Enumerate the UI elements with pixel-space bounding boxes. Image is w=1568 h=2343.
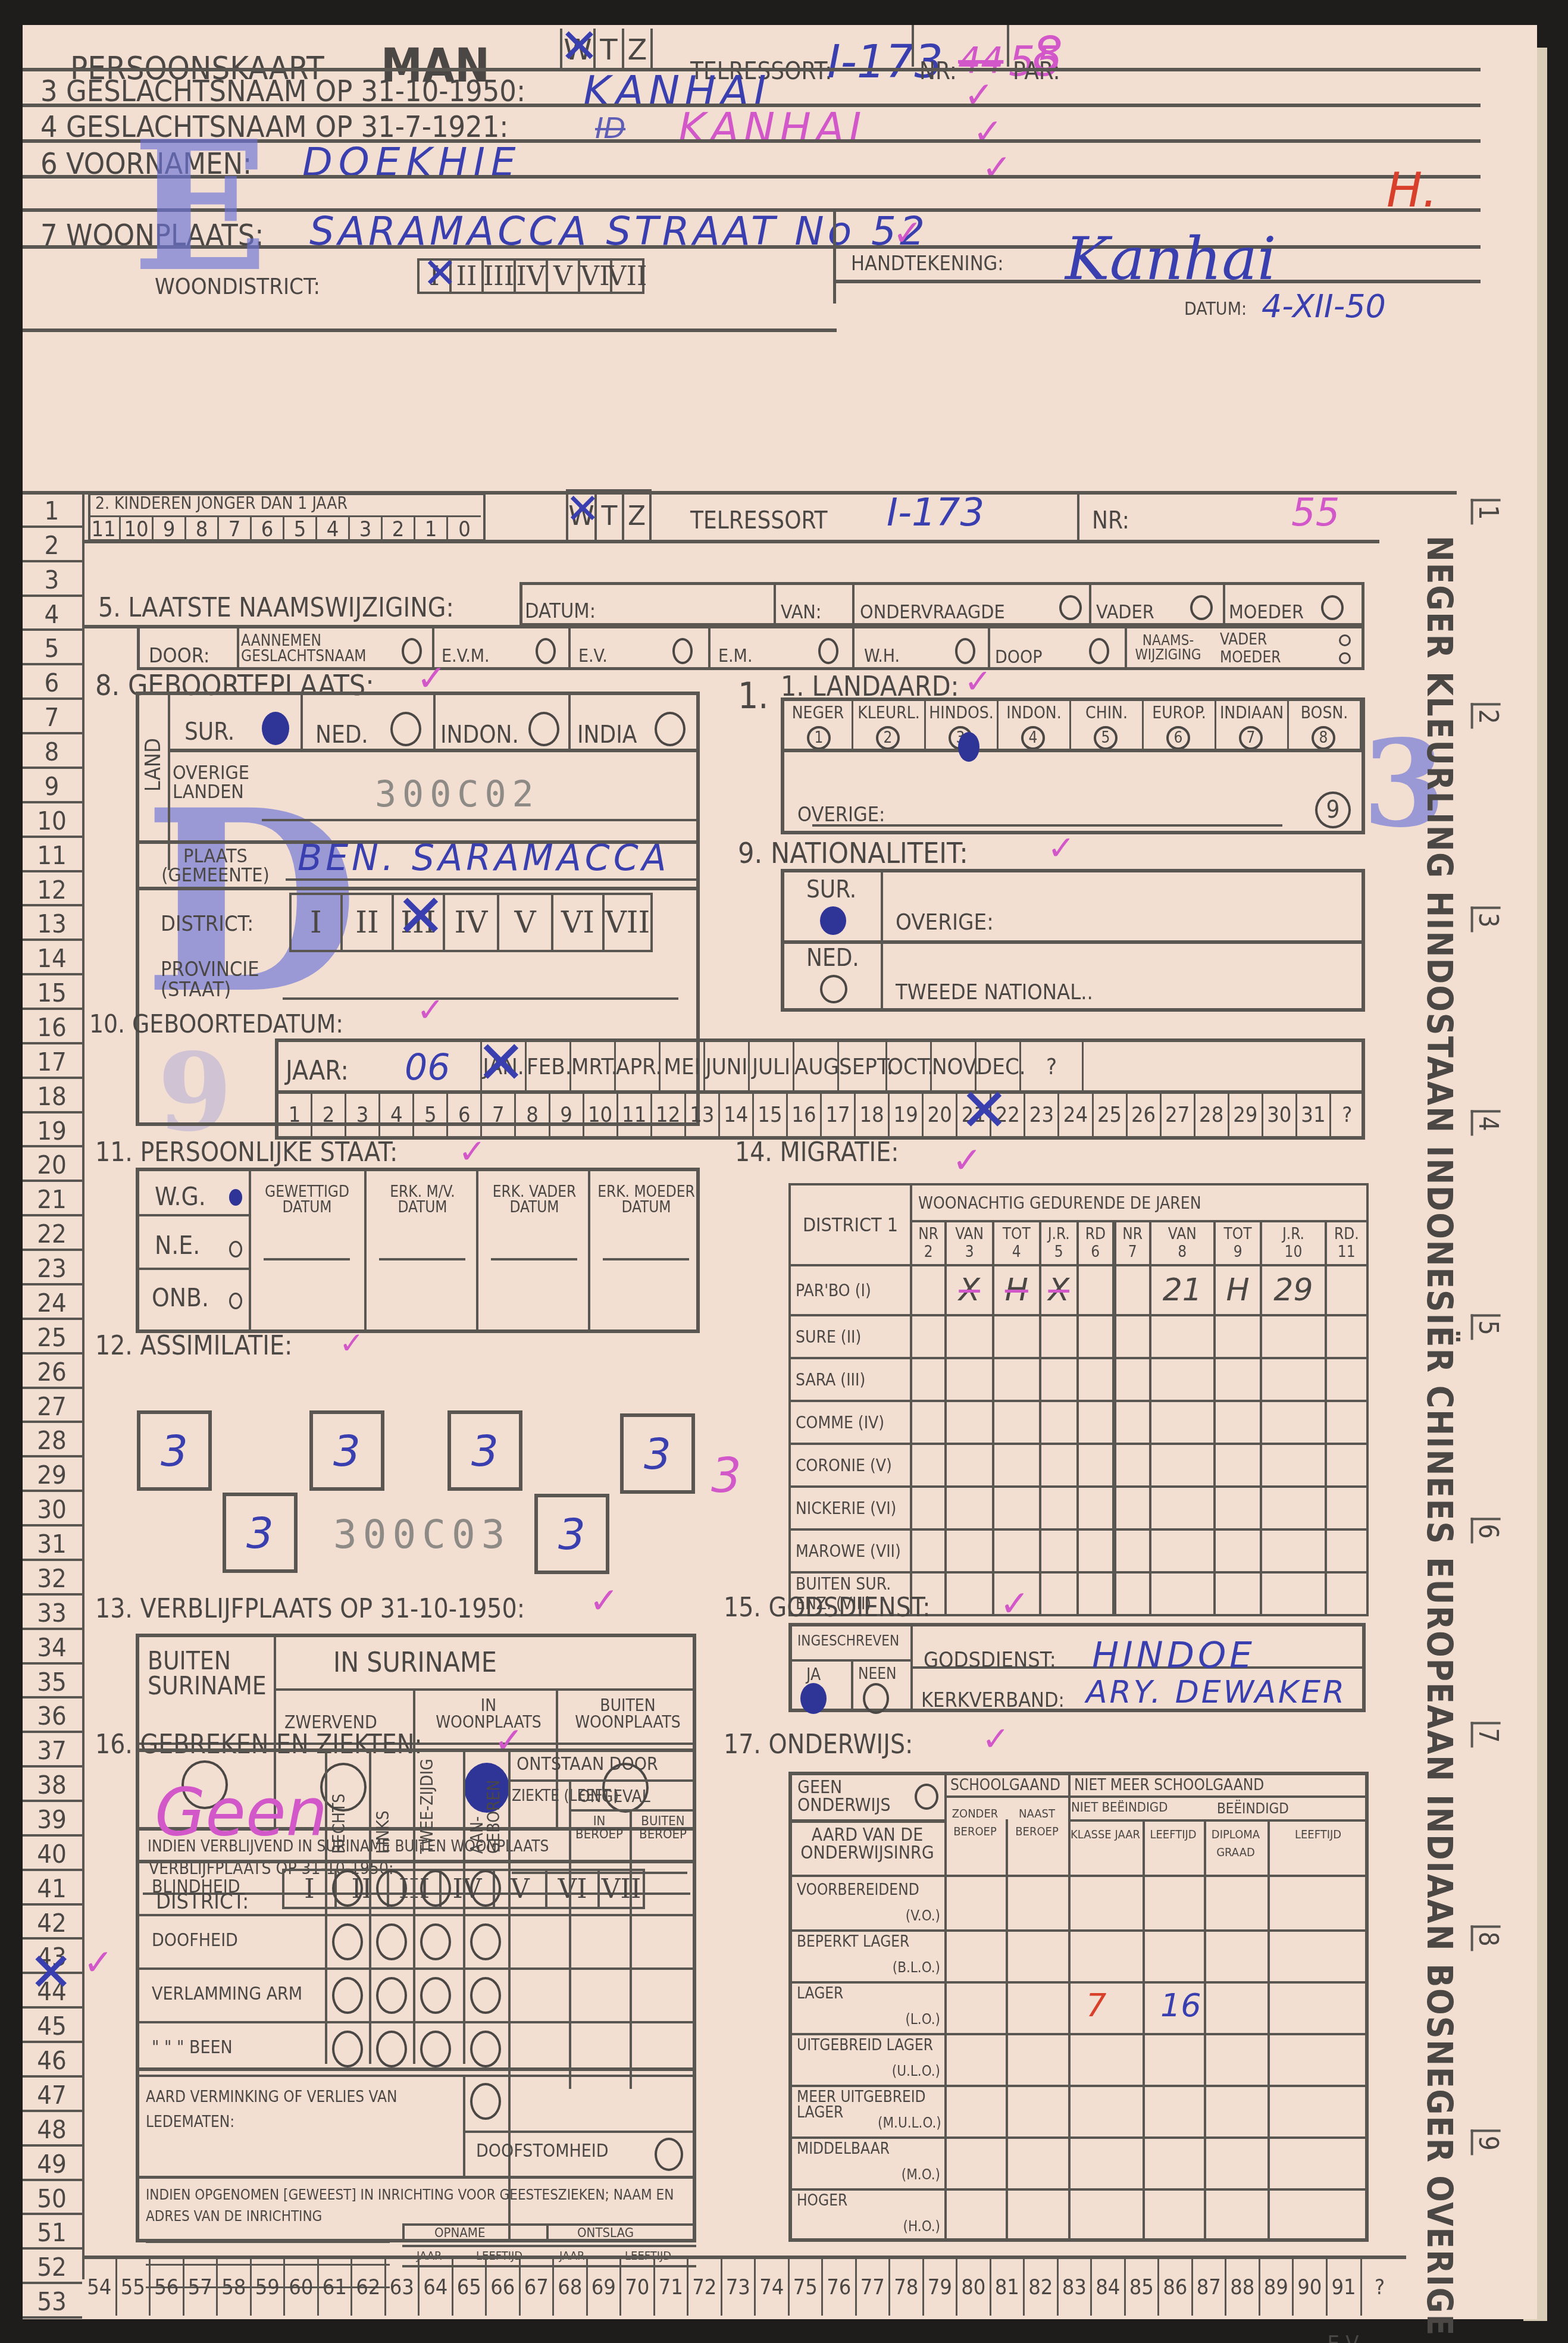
side-index-tab[interactable]: 1 — [1471, 499, 1501, 524]
section2-rule — [82, 540, 1379, 543]
month-option[interactable]: MRT. — [571, 1042, 616, 1091]
door-evm-radio[interactable] — [536, 638, 556, 664]
naams-vader[interactable]: VADER — [1220, 632, 1267, 647]
assimilatie-box-3[interactable]: 3 — [447, 1410, 522, 1491]
migratie-cell[interactable] — [1150, 1487, 1215, 1529]
land-vertical-label: LAND — [143, 738, 164, 792]
ps-col-date-line[interactable] — [491, 1258, 577, 1260]
day-option[interactable]: 8 — [516, 1094, 550, 1137]
migratie-cell[interactable] — [1326, 1358, 1368, 1401]
bottom-number-cell[interactable]: 69 — [588, 2259, 622, 2316]
migratie-cell[interactable] — [1150, 1529, 1215, 1572]
assimilatie-box-6[interactable]: 3 — [534, 1494, 609, 1574]
land-sur[interactable]: SUR. — [184, 720, 234, 744]
migratie-cell[interactable] — [1114, 1572, 1150, 1615]
bottom-number-cell[interactable]: 88 — [1226, 2259, 1260, 2316]
bottom-number-cell[interactable]: 87 — [1193, 2259, 1227, 2316]
migratie-cell[interactable] — [1150, 1401, 1215, 1444]
wtz-z[interactable]: Z — [622, 29, 653, 71]
migratie-cell[interactable] — [993, 1401, 1040, 1444]
ps-col-label: ERK. VADER DATUM — [481, 1184, 588, 1215]
gebreken-row-rule — [136, 2075, 696, 2077]
gebreken-handwritten: Geen — [155, 1779, 327, 1845]
bottom-number-cell[interactable]: 65 — [453, 2259, 487, 2316]
landaard-option-radio[interactable]: 2 — [876, 726, 900, 750]
van-option-moeder[interactable]: MOEDER — [1229, 602, 1304, 621]
day-option[interactable]: 7 — [482, 1094, 516, 1137]
migratie-cell[interactable] — [1261, 1444, 1325, 1487]
migratie-cell[interactable] — [1326, 1265, 1368, 1315]
birth-district-II[interactable]: II — [340, 893, 394, 952]
gebreken-radio[interactable] — [470, 1923, 501, 1960]
landaard-9-radio[interactable]: 9 — [1315, 792, 1351, 828]
bottom-number-cell[interactable]: 61 — [319, 2259, 353, 2316]
aard-label: AARD VAN DE ONDERWIJSINRG — [794, 1826, 940, 1862]
land-indon-radio[interactable] — [528, 712, 559, 746]
side-index-tab[interactable]: 9 — [1471, 2129, 1501, 2155]
migratie-cell[interactable] — [993, 1358, 1040, 1401]
bottom-number-cell[interactable]: 85 — [1126, 2259, 1160, 2316]
month-option[interactable]: JULI — [750, 1042, 794, 1091]
land-ned-radio[interactable] — [390, 712, 421, 746]
landaard-option-indon[interactable]: INDON.4 — [999, 701, 1071, 749]
migratie-cell[interactable] — [1078, 1315, 1114, 1358]
migratie-cell[interactable] — [1114, 1315, 1150, 1358]
migratie-cell[interactable] — [911, 1315, 946, 1358]
migratie-cell[interactable] — [1114, 1529, 1150, 1572]
migratie-cell[interactable] — [1150, 1315, 1215, 1358]
landaard-option-radio[interactable]: 5 — [1094, 726, 1118, 750]
migratie-cell[interactable] — [1326, 1315, 1368, 1358]
side-index-tab[interactable]: 3 — [1471, 906, 1501, 932]
landaard-option-radio[interactable]: 7 — [1239, 726, 1263, 750]
migratie-cell[interactable] — [1040, 1487, 1078, 1529]
door-ev-radio[interactable] — [672, 638, 693, 664]
month-option[interactable]: MEI — [661, 1042, 705, 1091]
bottom-number-cell[interactable]: 82 — [1025, 2259, 1059, 2316]
migratie-cell[interactable] — [1078, 1358, 1114, 1401]
kinderen-cell[interactable]: 1 — [415, 517, 448, 542]
door-em-radio[interactable] — [818, 638, 838, 664]
status-onb[interactable]: ONB. — [152, 1285, 209, 1310]
side-index-tab[interactable]: 6 — [1471, 1518, 1501, 1543]
day-option[interactable]: 9 — [550, 1094, 584, 1137]
bottom-number-cell[interactable]: 79 — [924, 2259, 958, 2316]
bottom-number-cell[interactable]: 56 — [151, 2259, 184, 2316]
bottom-number-cell[interactable]: ? — [1362, 2259, 1398, 2316]
bottom-number-cell[interactable]: 86 — [1159, 2259, 1193, 2316]
day-option[interactable]: 14 — [720, 1094, 754, 1137]
gebreken-radio[interactable] — [420, 2031, 451, 2067]
van-option-ondervraagde[interactable]: ONDERVRAAGDE — [860, 602, 1005, 621]
gebreken-radio[interactable] — [470, 1870, 501, 1907]
bottom-number-cell[interactable]: 58 — [218, 2259, 252, 2316]
ja-selected[interactable] — [800, 1683, 827, 1714]
landaard-option-neger[interactable]: NEGER1 — [784, 701, 853, 749]
status-wg-selected[interactable] — [229, 1189, 242, 1206]
migratie-cell[interactable]: 21 — [1150, 1265, 1215, 1315]
side-index-tab[interactable]: 2 — [1471, 703, 1501, 728]
side-index-tab[interactable]: 7 — [1471, 1722, 1501, 1747]
kinderen-cell[interactable]: 0 — [448, 517, 481, 542]
day-option[interactable]: 20 — [924, 1094, 957, 1137]
landaard-option-label: BOSN. — [1289, 705, 1360, 721]
onderwijs-row-rule — [788, 2188, 1369, 2191]
migratie-cell[interactable] — [1040, 1315, 1078, 1358]
woondistrict-IV[interactable]: IV — [514, 258, 548, 294]
landaard-option-radio[interactable]: 1 — [807, 726, 831, 750]
side-index-tab[interactable]: 5 — [1471, 1314, 1501, 1340]
migratie-cell[interactable]: 29 — [1261, 1265, 1325, 1315]
migratie-cell[interactable] — [911, 1401, 946, 1444]
month-option[interactable]: FEB. — [527, 1042, 571, 1091]
landaard-option-chin[interactable]: CHIN.5 — [1071, 701, 1144, 749]
birth-district-VII[interactable]: VII — [602, 893, 653, 952]
bottom-number-cell[interactable]: 77 — [857, 2259, 891, 2316]
migratie-cell[interactable] — [1078, 1401, 1114, 1444]
migratie-cell[interactable] — [1215, 1401, 1262, 1444]
landaard-option-europ[interactable]: EUROP.6 — [1144, 701, 1216, 749]
nat-sur-label: SUR. — [806, 878, 856, 902]
migratie-cell[interactable] — [1040, 1529, 1078, 1572]
gebreken-radio[interactable] — [376, 1923, 407, 1960]
day-option[interactable]: 24 — [1059, 1094, 1093, 1137]
side-index-tab[interactable]: 8 — [1471, 1925, 1501, 1951]
migratie-district: PAR'BO (I) — [790, 1265, 911, 1315]
migratie-cell[interactable] — [1326, 1529, 1368, 1572]
door-aannemen[interactable]: AANNEMEN GESLACHTSNAAM — [241, 633, 408, 664]
migratie-row: MAROWE (VII) — [790, 1529, 1367, 1572]
migratie-cell[interactable] — [1261, 1529, 1325, 1572]
bottom-number-cell[interactable]: 64 — [420, 2259, 453, 2316]
day-option[interactable]: 27 — [1162, 1094, 1195, 1137]
day-option[interactable]: 31 — [1297, 1094, 1331, 1137]
line-number-rule — [23, 801, 82, 803]
gebreken-radio[interactable] — [470, 2031, 501, 2067]
landaard-option-kleurl[interactable]: KLEURL.2 — [853, 701, 926, 749]
migratie-cell[interactable] — [1078, 1529, 1114, 1572]
door-evm[interactable]: E.V.M. — [442, 647, 490, 665]
kinderen-cell[interactable]: 3 — [350, 517, 383, 542]
migratie-cell[interactable] — [1215, 1315, 1262, 1358]
door-doop[interactable]: DOOP — [995, 649, 1043, 667]
door-naamswijziging[interactable]: NAAMS-WIJZIGING — [1129, 633, 1207, 662]
bottom-numbers: 5455565758596061626364656667686970717273… — [83, 2259, 1398, 2316]
migratie-cell[interactable] — [1150, 1358, 1215, 1401]
day-option[interactable]: 25 — [1094, 1094, 1128, 1137]
bottom-number-cell[interactable]: 72 — [688, 2259, 722, 2316]
day-option[interactable]: 17 — [822, 1094, 856, 1137]
day-option[interactable]: 16 — [788, 1094, 822, 1137]
status-ne[interactable]: N.E. — [155, 1233, 200, 1258]
bottom-number-cell[interactable]: 90 — [1294, 2259, 1328, 2316]
landaard-option-indiaan[interactable]: INDIAAN7 — [1216, 701, 1289, 749]
migratie-cell[interactable] — [1040, 1358, 1078, 1401]
verminking-radio[interactable] — [470, 2083, 501, 2120]
bottom-number-cell[interactable]: 73 — [722, 2259, 756, 2316]
ps-col-date-line[interactable] — [603, 1258, 689, 1260]
landaard-hindos-selected[interactable] — [958, 732, 979, 762]
bottom-number-cell[interactable]: 70 — [621, 2259, 655, 2316]
migratie-cell[interactable] — [946, 1315, 993, 1358]
bottom-number-cell[interactable]: 76 — [823, 2259, 857, 2316]
bottom-number-cell[interactable]: 57 — [184, 2259, 218, 2316]
verminking-label: AARD VERMINKING OF VERLIES VAN LEDEMATEN… — [146, 2085, 455, 2135]
migratie-cell[interactable] — [946, 1487, 993, 1529]
migratie-cell[interactable]: X — [1040, 1265, 1078, 1315]
naams-moeder[interactable]: MOEDER — [1220, 650, 1281, 665]
in-beroep-label: IN BEROEP — [572, 1815, 626, 1841]
migratie-cell[interactable] — [1215, 1487, 1262, 1529]
assimilatie-box-1[interactable]: 3 — [137, 1410, 212, 1491]
birth-district-VI[interactable]: VI — [551, 893, 605, 952]
landaard-option-bosn[interactable]: BOSN.8 — [1289, 701, 1362, 749]
migratie-cell[interactable] — [1215, 1572, 1262, 1615]
nat-ned-radio[interactable] — [820, 975, 847, 1003]
geen-onderwijs-radio[interactable] — [915, 1784, 938, 1810]
bottom-number-cell[interactable]: 81 — [991, 2259, 1025, 2316]
van-moeder-radio[interactable] — [1321, 595, 1344, 620]
day-option[interactable]: 29 — [1229, 1094, 1263, 1137]
status-ne-radio[interactable] — [229, 1241, 242, 1257]
door-doop-radio[interactable] — [1089, 638, 1109, 664]
onderwijs-row-rule — [788, 2136, 1369, 2139]
migratie-cell[interactable] — [1078, 1487, 1114, 1529]
migratie-cell[interactable] — [1040, 1444, 1078, 1487]
migratie-cell[interactable] — [1215, 1529, 1262, 1572]
migratie-cell[interactable] — [946, 1401, 993, 1444]
bottom-number-cell[interactable]: 63 — [386, 2259, 420, 2316]
bottom-number-cell[interactable]: 83 — [1059, 2259, 1093, 2316]
assimilatie-box-2[interactable]: 3 — [309, 1410, 384, 1491]
migratie-cell[interactable] — [1150, 1444, 1215, 1487]
month-option[interactable]: JUNI — [705, 1042, 750, 1091]
landaard-option-radio[interactable]: 4 — [1021, 726, 1045, 750]
migratie-cell[interactable] — [1215, 1444, 1262, 1487]
bottom-number-cell[interactable]: 59 — [252, 2259, 286, 2316]
kinderen-cell[interactable]: 9 — [154, 517, 186, 542]
assimilatie-box-5[interactable]: 3 — [223, 1493, 298, 1573]
gebreken-radio[interactable] — [376, 2031, 407, 2067]
side-index-labels: NEGER KLEURLING HINDOSTAAN INDONESIËR CH… — [1419, 536, 1460, 2336]
landaard-option-radio[interactable]: 8 — [1312, 726, 1335, 750]
bottom-number-cell[interactable]: 78 — [890, 2259, 924, 2316]
gebreken-radio[interactable] — [420, 1977, 451, 2014]
migratie-cell[interactable] — [1078, 1444, 1114, 1487]
migratie-cell[interactable] — [1114, 1265, 1150, 1315]
day-option[interactable]: 4 — [380, 1094, 414, 1137]
migratie-cell[interactable] — [946, 1572, 993, 1615]
migratie-cell[interactable] — [993, 1487, 1040, 1529]
migratie-cell[interactable] — [1078, 1572, 1114, 1615]
bottom-number-cell[interactable]: 67 — [521, 2259, 555, 2316]
migratie-cell[interactable] — [1114, 1401, 1150, 1444]
woondistrict-VII[interactable]: VII — [610, 258, 644, 294]
migratie-cell[interactable] — [1326, 1444, 1368, 1487]
gebreken-radio[interactable] — [332, 2031, 363, 2067]
birth-district-IV[interactable]: IV — [443, 893, 499, 952]
bottom-number-cell[interactable]: 55 — [117, 2259, 151, 2316]
kinderen-cell[interactable]: 2 — [383, 517, 415, 542]
month-option[interactable]: SEPT. — [839, 1042, 887, 1091]
migratie-cell[interactable] — [1040, 1401, 1078, 1444]
migratie-cell[interactable] — [1215, 1358, 1262, 1401]
field-4-label: 4 GESLACHTSNAAM OP 31-7-1921: — [40, 112, 509, 142]
day-option[interactable]: 28 — [1195, 1094, 1229, 1137]
migratie-cell[interactable] — [1261, 1358, 1325, 1401]
wtz2-z[interactable]: Z — [622, 489, 652, 543]
nat-sur-selected[interactable] — [820, 906, 846, 935]
bottom-number-cell[interactable]: 66 — [487, 2259, 521, 2316]
migratie-cell[interactable] — [1261, 1572, 1325, 1615]
onderwijs-cell-value[interactable]: 7 — [1086, 1989, 1106, 2022]
gebreken-radio[interactable] — [332, 1870, 363, 1907]
land-india[interactable]: INDIA — [577, 723, 637, 747]
migratie-cell[interactable]: X — [946, 1265, 993, 1315]
month-option[interactable]: APR. — [616, 1042, 661, 1091]
day-option[interactable]: 6 — [448, 1094, 482, 1137]
gebreken-radio[interactable] — [376, 1870, 407, 1907]
woondistrict-V[interactable]: V — [546, 258, 580, 294]
migratie-cell[interactable] — [993, 1444, 1040, 1487]
onderwijs-cell-value[interactable]: 16 — [1160, 1989, 1201, 2022]
day-option[interactable]: 11 — [618, 1094, 652, 1137]
migratie-cell[interactable] — [1326, 1487, 1368, 1529]
gebreken-radio[interactable] — [420, 1923, 451, 1960]
migratie-cell[interactable] — [911, 1529, 946, 1572]
migratie-cell[interactable] — [1040, 1572, 1078, 1615]
bottom-number-cell[interactable]: 60 — [285, 2259, 319, 2316]
day-option[interactable]: 19 — [890, 1094, 924, 1137]
checkmark-17: ✓ — [982, 1723, 1010, 1756]
day-option[interactable]: 18 — [856, 1094, 890, 1137]
migratie-cell[interactable] — [1326, 1401, 1368, 1444]
gebreken-row-label: BLINDHEID — [152, 1878, 318, 1896]
migratie-cell[interactable] — [1150, 1572, 1215, 1615]
van-vader-radio[interactable] — [1190, 595, 1213, 620]
day-option[interactable]: 15 — [754, 1094, 788, 1137]
land-indon[interactable]: INDON. — [440, 723, 519, 747]
bottom-number-cell[interactable]: 54 — [83, 2259, 117, 2316]
migratie-cell[interactable] — [911, 1444, 946, 1487]
day-option[interactable]: 10 — [584, 1094, 618, 1137]
bottom-number-cell[interactable]: 89 — [1260, 2259, 1294, 2316]
migratie-cell[interactable] — [1114, 1358, 1150, 1401]
bottom-number-cell[interactable]: 62 — [352, 2259, 386, 2316]
kinderen-cell[interactable]: 8 — [186, 517, 219, 542]
door-ev[interactable]: E.V. — [578, 647, 608, 665]
migratie-cell[interactable] — [1261, 1401, 1325, 1444]
neen-radio[interactable] — [863, 1683, 889, 1714]
bottom-number-cell[interactable]: 75 — [790, 2259, 824, 2316]
kinderen-cell[interactable]: 6 — [252, 517, 284, 542]
bottom-number-cell[interactable]: 71 — [655, 2259, 689, 2316]
day-option[interactable]: 3 — [346, 1094, 380, 1137]
day-option[interactable]: 5 — [414, 1094, 448, 1137]
migratie-cell[interactable] — [946, 1444, 993, 1487]
status-wg[interactable]: W.G. — [155, 1184, 206, 1209]
birth-district-V[interactable]: V — [497, 893, 553, 952]
bottom-number-cell[interactable]: 91 E.V. — [1328, 2259, 1362, 2316]
migratie-cell[interactable] — [1114, 1487, 1150, 1529]
ps-col-date-line[interactable] — [264, 1258, 350, 1260]
status-onb-radio[interactable] — [229, 1293, 242, 1309]
migratie-cell[interactable] — [946, 1529, 993, 1572]
gebreken-radio[interactable] — [332, 1923, 363, 1960]
naams-vader-radio[interactable] — [1339, 634, 1351, 646]
checkmark-15: ✓ — [1000, 1586, 1029, 1622]
bottom-number-cell[interactable]: 84 — [1092, 2259, 1126, 2316]
bottom-number-cell[interactable]: 74 — [756, 2259, 790, 2316]
migratie-cell[interactable] — [946, 1358, 993, 1401]
kinderen-cell[interactable]: 5 — [284, 517, 317, 542]
day-option[interactable]: 30 — [1263, 1094, 1297, 1137]
kinderen-cell[interactable]: 11 — [88, 517, 121, 542]
land-india-radio[interactable] — [655, 712, 686, 746]
door-wh-radio[interactable] — [955, 638, 975, 664]
day-option[interactable]: ? — [1331, 1094, 1365, 1137]
month-option[interactable]: AUG. — [794, 1042, 839, 1091]
migratie-cell[interactable] — [1326, 1572, 1368, 1615]
month-option[interactable]: ? — [1021, 1042, 1084, 1091]
day-option[interactable]: 13 — [686, 1094, 720, 1137]
gebreken-radio[interactable] — [420, 1870, 451, 1907]
migratie-cell[interactable] — [1114, 1444, 1150, 1487]
kinderen-cell[interactable]: 7 — [219, 517, 252, 542]
day-option[interactable]: 26 — [1128, 1094, 1162, 1137]
bottom-number-cell[interactable]: 68 — [554, 2259, 588, 2316]
assimilatie-box-4[interactable]: 3 — [620, 1413, 695, 1494]
line-number-rule — [23, 1834, 82, 1837]
migratie-cell[interactable] — [993, 1529, 1040, 1572]
naams-moeder-radio[interactable] — [1339, 652, 1351, 664]
landaard-option-radio[interactable]: 6 — [1166, 726, 1190, 750]
land-ned[interactable]: NED. — [315, 723, 368, 747]
land-sur-selected[interactable] — [262, 712, 289, 745]
inrichting-entry-line[interactable] — [146, 2241, 390, 2243]
migratie-cell[interactable]: H — [1215, 1265, 1262, 1315]
van-ondervraagde-radio[interactable] — [1059, 595, 1082, 620]
day-option[interactable]: 1 — [278, 1094, 312, 1137]
migratie-cell[interactable] — [1078, 1265, 1114, 1315]
door-em[interactable]: E.M. — [718, 647, 752, 665]
gebreken-radio[interactable] — [332, 1977, 363, 2014]
day-option[interactable]: 12 — [652, 1094, 686, 1137]
gebreken-radio[interactable] — [470, 1977, 501, 2014]
door-wh[interactable]: W.H. — [864, 647, 900, 665]
month-option[interactable]: OCT. — [887, 1042, 932, 1091]
side-index-tab[interactable]: 4 — [1471, 1110, 1501, 1135]
migratie-cell[interactable] — [1261, 1315, 1325, 1358]
birth-district-I[interactable]: I — [289, 893, 343, 952]
van-option-vader[interactable]: VADER — [1096, 602, 1154, 621]
migratie-cell[interactable]: H — [993, 1265, 1040, 1315]
woondistrict-III[interactable]: III — [481, 258, 516, 294]
migratie-cell[interactable] — [1261, 1487, 1325, 1529]
migratie-cell[interactable] — [911, 1265, 946, 1315]
day-option[interactable]: 23 — [1025, 1094, 1059, 1137]
kinderen-cell[interactable]: 10 — [121, 517, 154, 542]
kinderen-cell[interactable]: 4 — [317, 517, 350, 542]
migratie-cell[interactable] — [993, 1315, 1040, 1358]
migratie-cell[interactable] — [911, 1487, 946, 1529]
ps-col-date-line[interactable] — [379, 1258, 465, 1260]
doofstom-radio[interactable] — [655, 2138, 683, 2171]
day-option[interactable]: 2 — [312, 1094, 346, 1137]
bottom-number-cell[interactable]: 80 — [957, 2259, 991, 2316]
gebreken-radio[interactable] — [376, 1977, 407, 2014]
migratie-cell[interactable] — [911, 1358, 946, 1401]
